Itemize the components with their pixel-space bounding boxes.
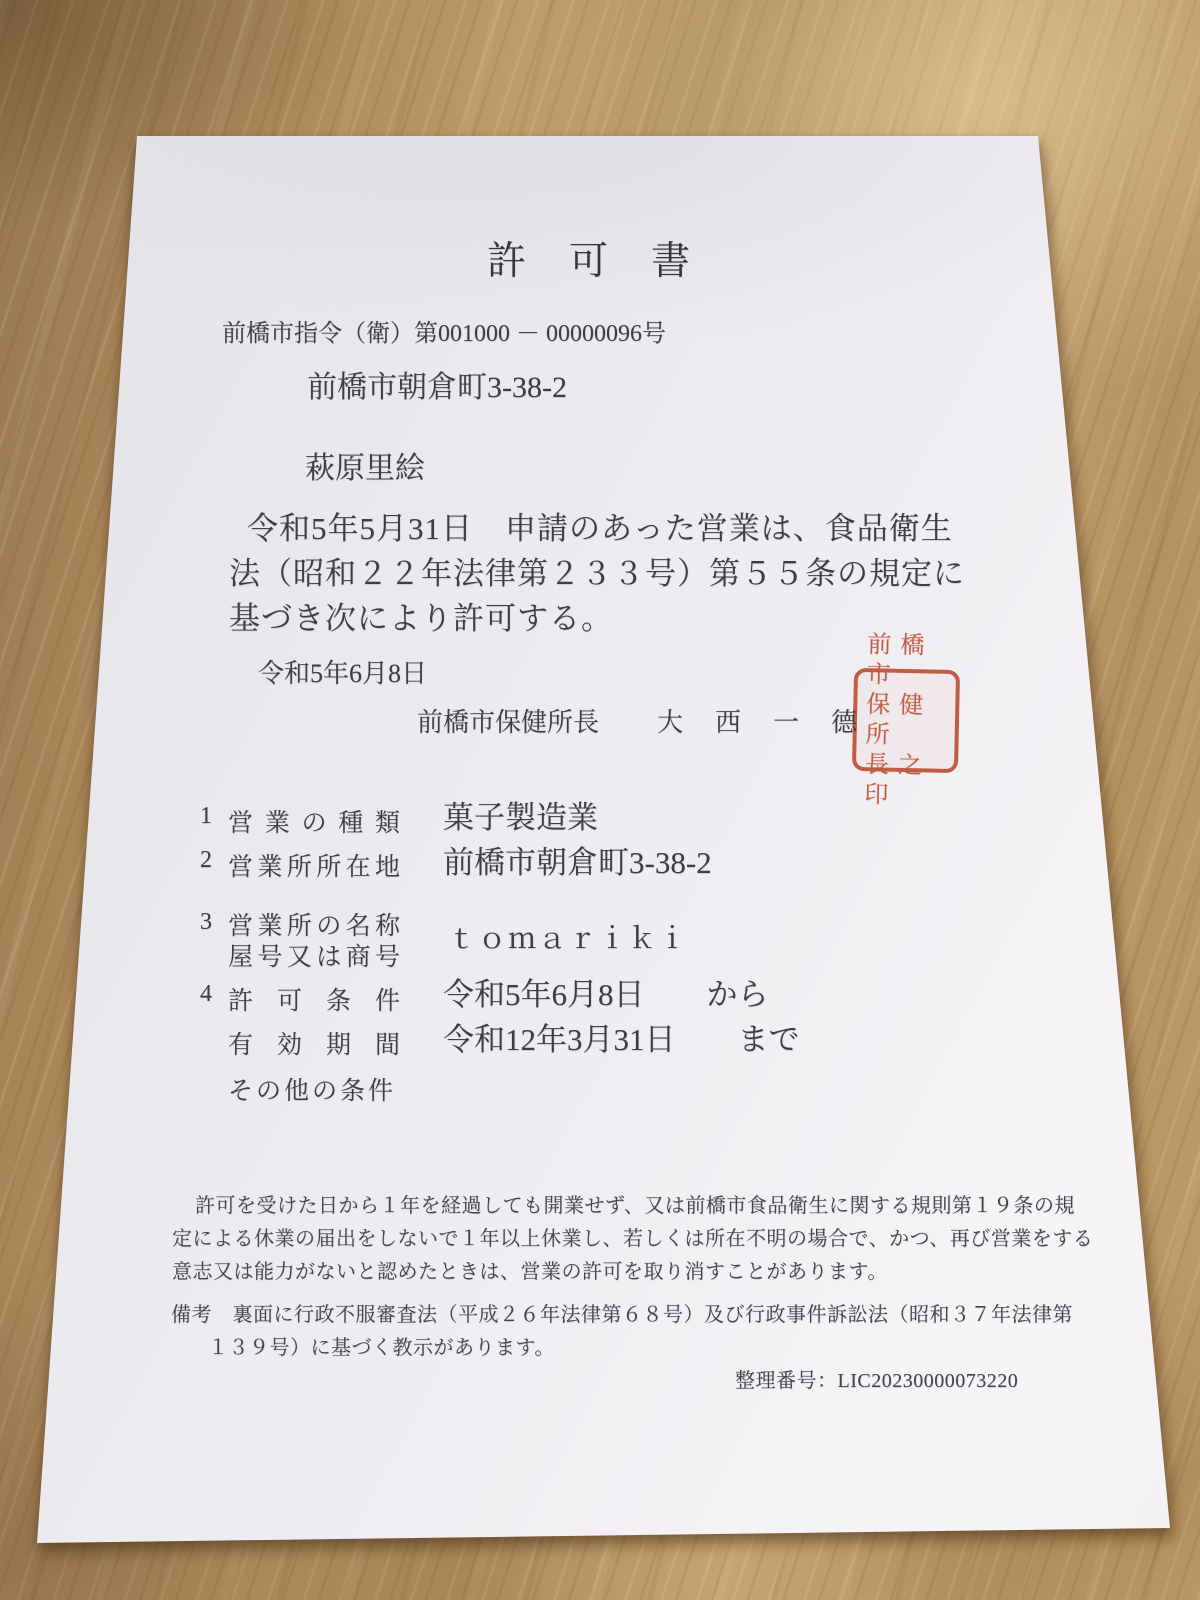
body-line-3: 基づき次により許可する。 bbox=[229, 593, 613, 638]
permit-document-paper: 許 可 書 前橋市指令（衛）第001000 － 00000096号 前橋市朝倉町… bbox=[37, 136, 1170, 1543]
item-4-value-from: 令和5年6月8日 から bbox=[443, 969, 769, 1014]
item-3-value: ｔｏｍａｒｉｋｉ bbox=[448, 917, 688, 957]
item-3-label-line-2: 屋号又は商号 bbox=[228, 937, 400, 973]
seal-row-2: 保健所 bbox=[856, 689, 955, 751]
seal-row-3: 長之印 bbox=[855, 749, 954, 811]
issuer-title: 前橋市保健所長 bbox=[417, 708, 599, 737]
recipient-name: 萩原里絵 bbox=[305, 443, 425, 487]
official-seal-stamp: 前橋市 保健所 長之印 bbox=[852, 668, 960, 773]
item-1-value: 菓子製造業 bbox=[443, 792, 598, 837]
directive-number: 前橋市指令（衛）第001000 － 00000096号 bbox=[222, 313, 666, 348]
seal-row-1: 前橋市 bbox=[858, 629, 957, 691]
item-4-value-to: 令和12年3月31日 まで bbox=[443, 1014, 800, 1059]
body-line-1: 令和5年5月31日 申請のあった営業は、食品衛生 bbox=[247, 503, 953, 548]
paper-sheet: 許 可 書 前橋市指令（衛）第001000 － 00000096号 前橋市朝倉町… bbox=[37, 136, 1170, 1543]
notice-line-1: 許可を受けた日から１年を経過しても開業せず、又は前橋市食品衛生に関する規則第１９… bbox=[195, 1189, 1075, 1218]
document-title: 許 可 書 bbox=[487, 230, 692, 286]
item-3-number: 3 bbox=[200, 909, 212, 936]
remarks-line-2: １３９号）に基づく教示があります。 bbox=[208, 1331, 555, 1360]
notice-line-3: 意志又は能力がないと認めたときは、営業の許可を取り消すことがあります。 bbox=[172, 1255, 888, 1284]
item-2-label: 営業所所在地 bbox=[228, 847, 400, 883]
item-1-number: 1 bbox=[200, 803, 212, 830]
body-line-2: 法（昭和２２年法律第２３３号）第５５条の規定に bbox=[229, 548, 965, 593]
issuer-line: 前橋市保健所長大 西 一 德 bbox=[417, 702, 860, 739]
remarks-line-1: 備考 裏面に行政不服審査法（平成２６年法律第６８号）及び行政事件訴訟法（昭和３７… bbox=[171, 1298, 1073, 1327]
notice-line-2: 定による休業の届出をしないで１年以上休業し、若しくは所在不明の場合で、かつ、再び… bbox=[172, 1222, 1093, 1251]
reference-number: 整理番号：LIC20230000073220 bbox=[735, 1364, 1018, 1393]
photo-wood-table: 許 可 書 前橋市指令（衛）第001000 － 00000096号 前橋市朝倉町… bbox=[0, 0, 1200, 1600]
item-4-number: 4 bbox=[200, 981, 212, 1008]
item-4-label-2: 有効期間 bbox=[228, 1025, 400, 1061]
item-2-value: 前橋市朝倉町3-38-2 bbox=[443, 837, 712, 882]
item-5-label: その他の条件 bbox=[228, 1071, 393, 1107]
recipient-address: 前橋市朝倉町3-38-2 bbox=[307, 362, 567, 406]
issue-date: 令和5年6月8日 bbox=[258, 653, 427, 690]
item-4-label: 許可条件 bbox=[228, 981, 400, 1017]
item-2-number: 2 bbox=[200, 847, 212, 874]
issuer-name: 大 西 一 德 bbox=[657, 708, 860, 737]
item-1-label: 営業の種類 bbox=[228, 803, 400, 839]
